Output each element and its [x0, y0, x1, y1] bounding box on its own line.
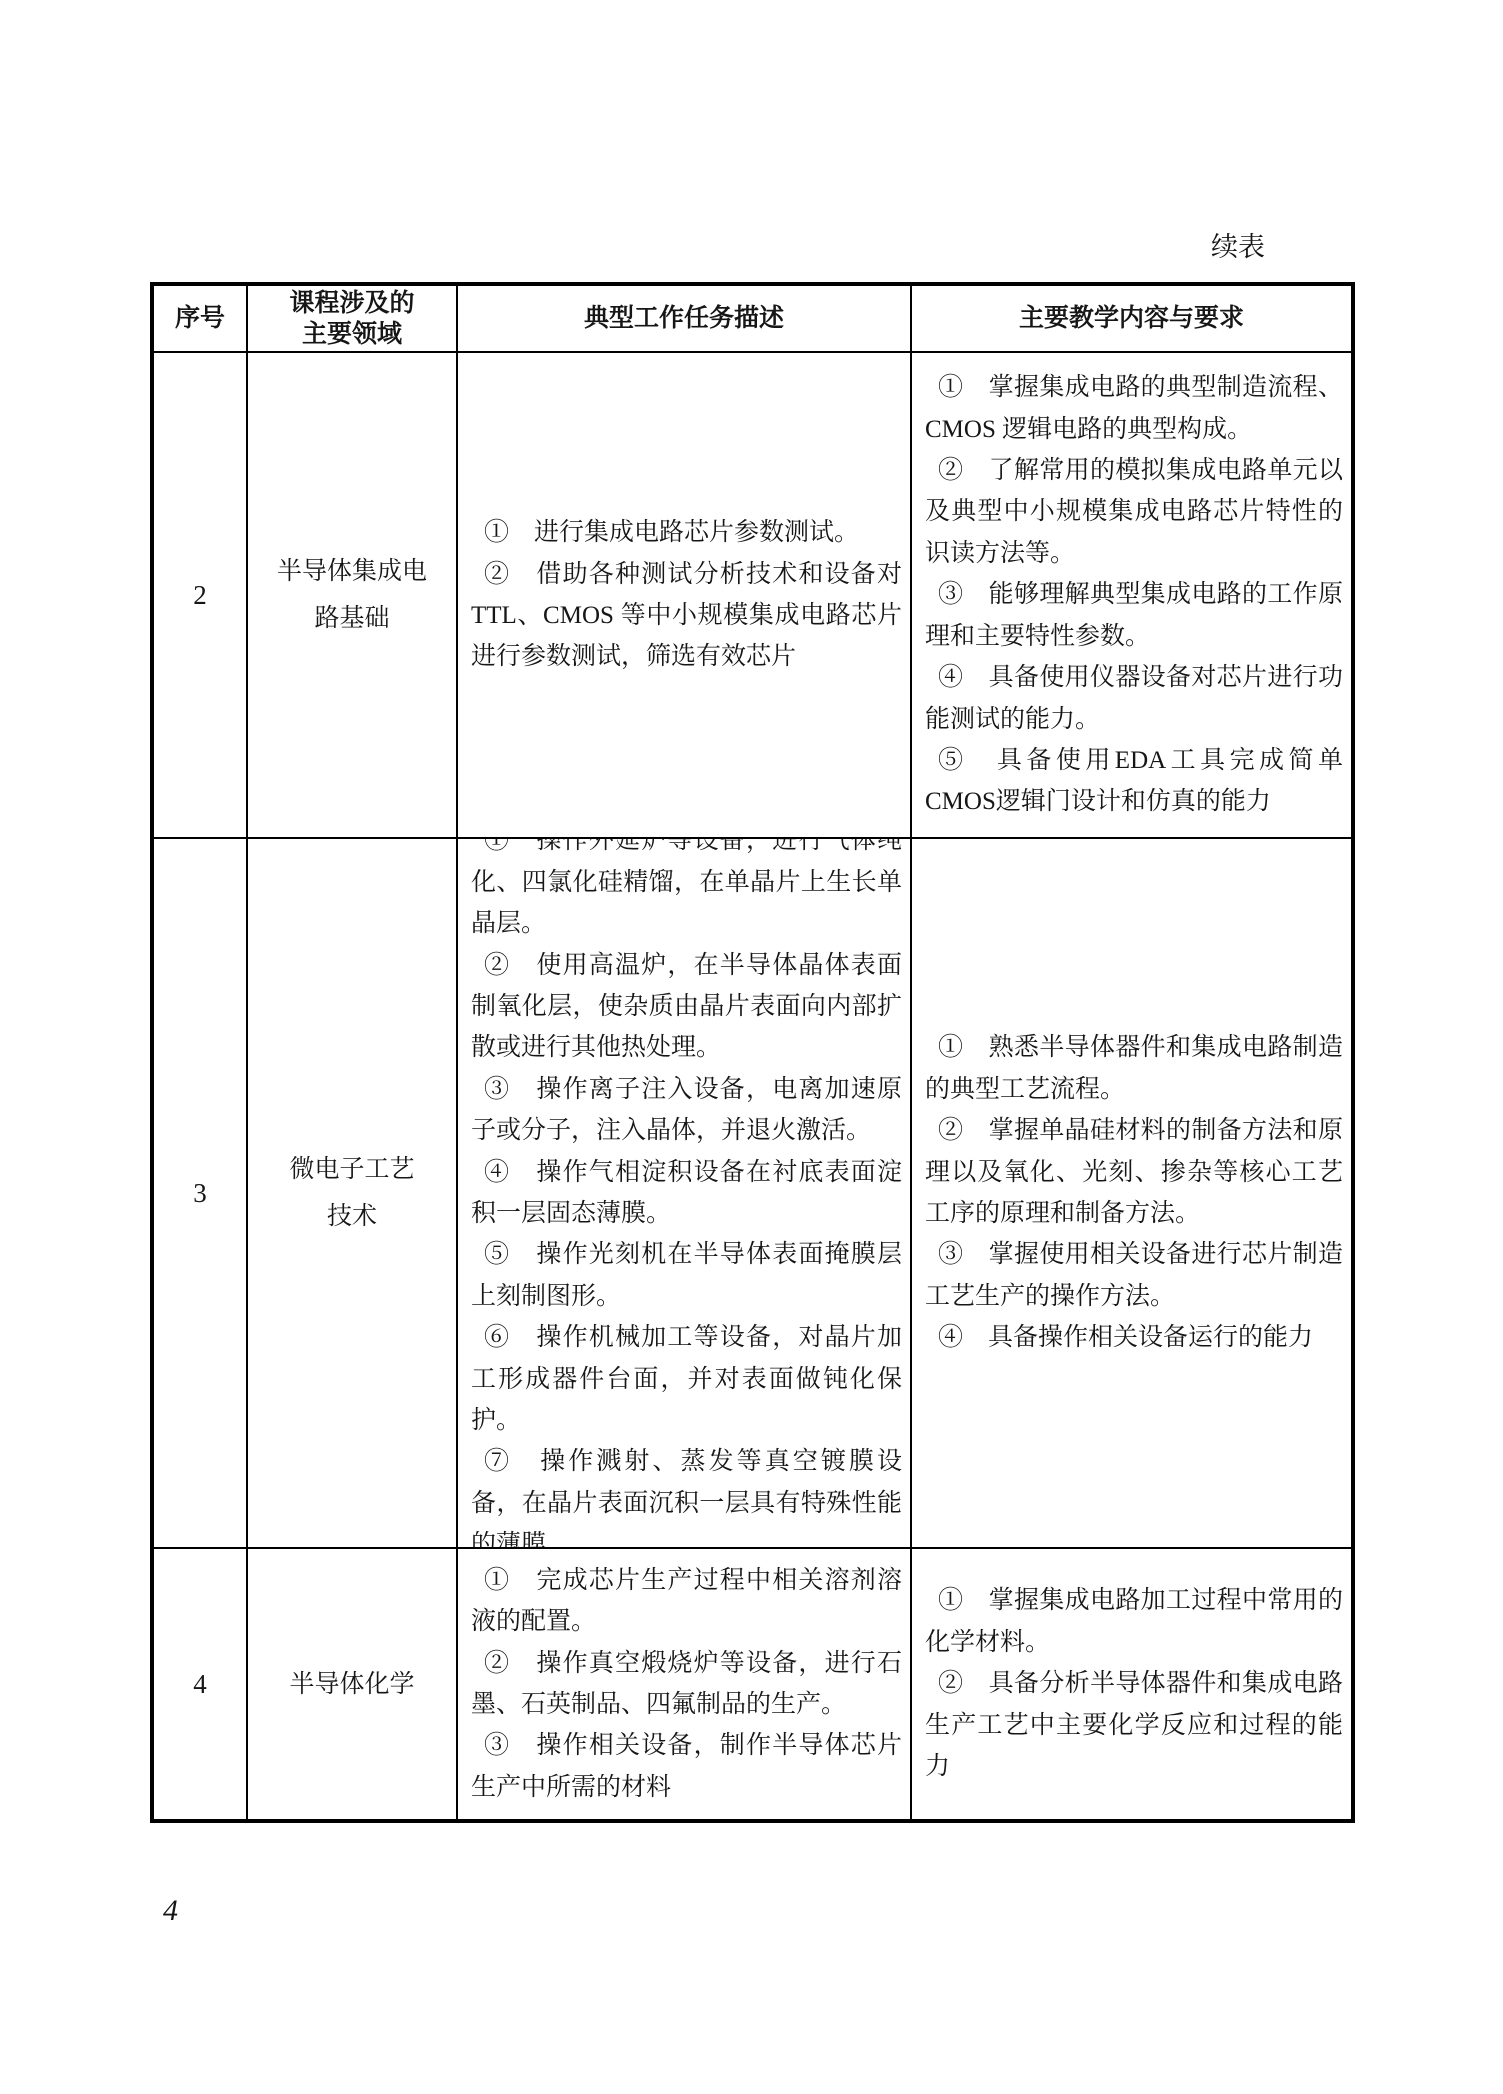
- task-item: ② 借助各种测试分析技术和设备对 TTL、CMOS 等中小规模集成电路芯片进行参…: [471, 554, 902, 678]
- task-item: ⑤ 操作光刻机在半导体表面掩膜层上刻制图形。: [471, 1234, 902, 1317]
- curriculum-table: 序号 课程涉及的 主要领域 典型工作任务描述 主要教学内容与要求 2 半导体集成…: [150, 282, 1355, 1823]
- row-4-index: 4: [154, 1549, 248, 1819]
- header-content: 主要教学内容与要求: [912, 286, 1351, 353]
- task-item: ③ 操作离子注入设备，电离加速原子或分子，注入晶体，并退火激活。: [471, 1069, 902, 1152]
- document-page: 续表 序号 课程涉及的 主要领域 典型工作任务描述 主要教学内容与要求 2 半导…: [0, 0, 1503, 2094]
- row-2-contents-cell: ① 掌握集成电路的典型制造流程、CMOS 逻辑电路的典型构成。 ② 了解常用的模…: [912, 353, 1351, 839]
- content-item: ④ 具备操作相关设备运行的能力: [925, 1317, 1343, 1358]
- row-4-tasks-cell: ① 完成芯片生产过程中相关溶剂溶液的配置。 ② 操作真空煅烧炉等设备，进行石墨、…: [458, 1549, 912, 1819]
- task-item: ④ 操作气相淀积设备在衬底表面淀积一层固态薄膜。: [471, 1152, 902, 1235]
- task-item: ① 完成芯片生产过程中相关溶剂溶液的配置。: [471, 1560, 902, 1643]
- task-item: ① 进行集成电路芯片参数测试。: [471, 512, 902, 553]
- content-item: ③ 掌握使用相关设备进行芯片制造工艺生产的操作方法。: [925, 1234, 1343, 1317]
- row-2-index: 2: [154, 353, 248, 839]
- row-3-tasks-cell: ① 操作外延炉等设备，进行气体纯化、四氯化硅精馏，在单晶片上生长单晶层。 ② 使…: [458, 839, 912, 1549]
- row-2-area: 半导体集成电 路基础: [248, 353, 458, 839]
- content-item: ③ 能够理解典型集成电路的工作原理和主要特性参数。: [925, 574, 1343, 657]
- row-3-area: 微电子工艺 技术: [248, 839, 458, 1549]
- row-3-index: 3: [154, 839, 248, 1549]
- content-item: ④ 具备使用仪器设备对芯片进行功能测试的能力。: [925, 657, 1343, 740]
- task-item: ⑦ 操作溅射、蒸发等真空镀膜设备，在晶片表面沉积一层具有特殊性能的薄膜: [471, 1441, 902, 1549]
- page-number: 4: [163, 1894, 178, 1928]
- task-item: ① 操作外延炉等设备，进行气体纯化、四氯化硅精馏，在单晶片上生长单晶层。: [471, 839, 902, 945]
- content-item: ① 熟悉半导体器件和集成电路制造的典型工艺流程。: [925, 1027, 1343, 1110]
- row-4-area: 半导体化学: [248, 1549, 458, 1819]
- content-item: ① 掌握集成电路的典型制造流程、CMOS 逻辑电路的典型构成。: [925, 367, 1343, 450]
- continuation-label: 续表: [1211, 231, 1265, 263]
- row-3-contents-cell: ① 熟悉半导体器件和集成电路制造的典型工艺流程。 ② 掌握单晶硅材料的制备方法和…: [912, 839, 1351, 1549]
- content-item: ② 了解常用的模拟集成电路单元以及典型中小规模集成电路芯片特性的识读方法等。: [925, 450, 1343, 574]
- content-item: ② 掌握单晶硅材料的制备方法和原理以及氧化、光刻、掺杂等核心工艺工序的原理和制备…: [925, 1110, 1343, 1234]
- task-item: ⑥ 操作机械加工等设备，对晶片加工形成器件台面，并对表面做钝化保护。: [471, 1317, 902, 1441]
- content-item: ② 具备分析半导体器件和集成电路生产工艺中主要化学反应和过程的能力: [925, 1663, 1343, 1787]
- header-area: 课程涉及的 主要领域: [248, 286, 458, 353]
- task-item: ③ 操作相关设备，制作半导体芯片生产中所需的材料: [471, 1725, 902, 1808]
- row-2-tasks-cell: ① 进行集成电路芯片参数测试。 ② 借助各种测试分析技术和设备对 TTL、CMO…: [458, 353, 912, 839]
- row-4-contents-cell: ① 掌握集成电路加工过程中常用的化学材料。 ② 具备分析半导体器件和集成电路生产…: [912, 1549, 1351, 1819]
- task-item: ② 使用高温炉，在半导体晶体表面制氧化层，使杂质由晶片表面向内部扩散或进行其他热…: [471, 945, 902, 1069]
- task-item: ② 操作真空煅烧炉等设备，进行石墨、石英制品、四氟制品的生产。: [471, 1643, 902, 1726]
- header-number: 序号: [154, 286, 248, 353]
- content-item: ⑤ 具备使用EDA工具完成简单CMOS逻辑门设计和仿真的能力: [925, 740, 1343, 823]
- content-item: ① 掌握集成电路加工过程中常用的化学材料。: [925, 1580, 1343, 1663]
- header-tasks: 典型工作任务描述: [458, 286, 912, 353]
